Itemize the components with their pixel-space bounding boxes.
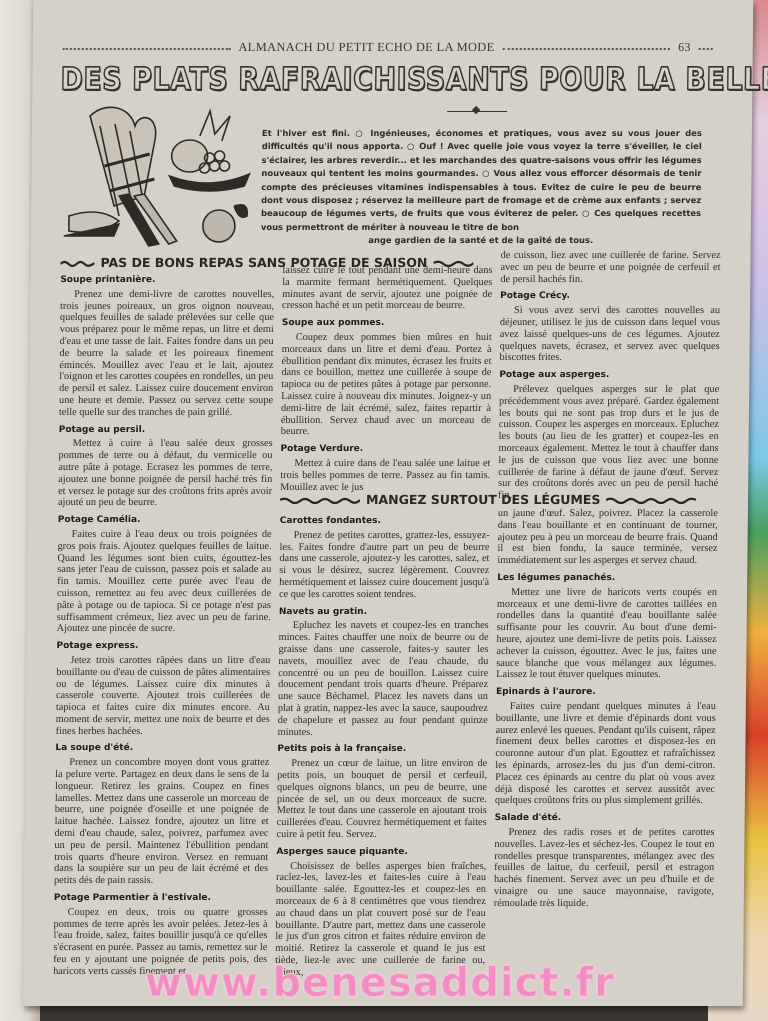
recipe-title: Potage Camélia.	[58, 515, 272, 527]
recipe-text: Prenez un concombre moyen dont vous grat…	[54, 757, 269, 887]
dotted-rule	[63, 48, 231, 50]
recipe-text: Prenez un cœur de laitue, un litre envir…	[276, 758, 487, 841]
squiggle-ornament-icon	[606, 496, 696, 504]
column-3-legumes: un jaune d'œuf. Salez, poivrez. Placez l…	[494, 508, 718, 910]
recipe-title: Carottes fondantes.	[280, 516, 490, 528]
running-head: ALMANACH DU PETIT ECHO DE LA MODE 63	[63, 40, 713, 55]
recipe-text: Si vous avez servi des carottes nouvelle…	[499, 305, 720, 364]
squiggle-ornament-icon	[60, 259, 94, 267]
recipe-title: Salade d'été.	[495, 813, 715, 825]
recipe-title: Potage express.	[56, 641, 270, 653]
column-1: Soupe printanière. Prenez une demi-livre…	[53, 275, 274, 978]
dotted-rule	[503, 48, 671, 50]
recipe-text: Prenez des radis roses et de petites car…	[494, 827, 715, 910]
recipe-text: Prélevez quelques asperges sur le plat q…	[498, 384, 719, 502]
intro-last-line: ange gardien de la santé et de la gaîté …	[261, 234, 701, 247]
recipe-text: Epluchez les navets et coupez-les en tra…	[278, 620, 489, 738]
recipe-text: Prenez de petites carottes, grattez-les,…	[279, 530, 490, 601]
dotted-rule	[699, 48, 713, 50]
recipe-title: La soupe d'été.	[55, 743, 269, 755]
page-number: 63	[678, 40, 691, 55]
intro-paragraph: Et l'hiver est fini. ○ Ingénieuses, écon…	[261, 127, 702, 248]
recipe-text: Prenez une demi-livre de carottes nouvel…	[59, 289, 274, 419]
watermark-url: www.benesaddict.fr	[145, 960, 615, 1006]
intro-text: Et l'hiver est fini. ○ Ingénieuses, écon…	[261, 128, 702, 232]
section-heading-legumes: MANGEZ SURTOUT DES LÉGUMES	[280, 492, 697, 507]
recipe-title: Potage aux asperges.	[499, 370, 719, 382]
article-title: DES PLATS RAFRAICHISSANTS POUR LA BELLE …	[60, 62, 700, 98]
recipe-text-continued: de cuisson, liez avec une cuillerée de f…	[500, 250, 720, 285]
recipe-title: Soupe printanière.	[60, 275, 274, 287]
recipe-title: Soupe aux pommes.	[282, 318, 492, 330]
running-head-title: ALMANACH DU PETIT ECHO DE LA MODE	[238, 40, 494, 55]
recipe-text-continued: un jaune d'œuf. Salez, poivrez. Placez l…	[497, 508, 718, 567]
column-2: laissez cuire le tout pendant une demi-h…	[280, 265, 492, 493]
recipe-text-continued: laissez cuire le tout pendant une demi-h…	[282, 265, 492, 312]
section-heading-text: MANGEZ SURTOUT DES LÉGUMES	[366, 492, 601, 507]
recipe-title: Asperges sauce piquante.	[276, 847, 486, 859]
squiggle-ornament-icon	[280, 496, 360, 504]
recipe-title: Navets au gratin.	[279, 607, 489, 619]
column-3: de cuisson, liez avec une cuillerée de f…	[498, 250, 721, 502]
recipe-text: Mettez à cuire dans de l'eau salée une l…	[280, 458, 490, 493]
recipe-title: Potage Crécy.	[500, 291, 720, 303]
recipe-title: Potage au persil.	[59, 425, 273, 437]
recipe-text: Coupez deux pommes bien mûres en huit mo…	[281, 332, 492, 438]
magazine-page: ALMANACH DU PETIT ECHO DE LA MODE 63 DES…	[23, 0, 754, 1006]
vegetables-fruit-basket-illustration	[59, 96, 261, 256]
recipe-text: Mettez à cuire à l'eau salée deux grosse…	[58, 438, 273, 509]
recipe-title: Potage Verdure.	[280, 444, 490, 456]
recipe-text: Jetez trois carottes râpées dans un litr…	[56, 655, 271, 738]
title-ornament-icon	[447, 106, 507, 116]
recipe-text: Faites cuire pendant quelques minutes à …	[495, 701, 716, 807]
recipe-title: Petits pois à la française.	[277, 744, 487, 756]
recipe-title: Epinards à l'aurore.	[496, 687, 716, 699]
recipe-text: Faites cuire à l'eau deux ou trois poign…	[57, 529, 272, 635]
recipe-title: Potage Parmentier à l'estivale.	[54, 893, 268, 905]
recipe-text: Mettez une livre de haricots verts coupé…	[496, 587, 717, 681]
recipe-title: Les légumes panachés.	[497, 573, 717, 585]
column-2-legumes: Carottes fondantes. Prenez de petites ca…	[275, 516, 490, 978]
